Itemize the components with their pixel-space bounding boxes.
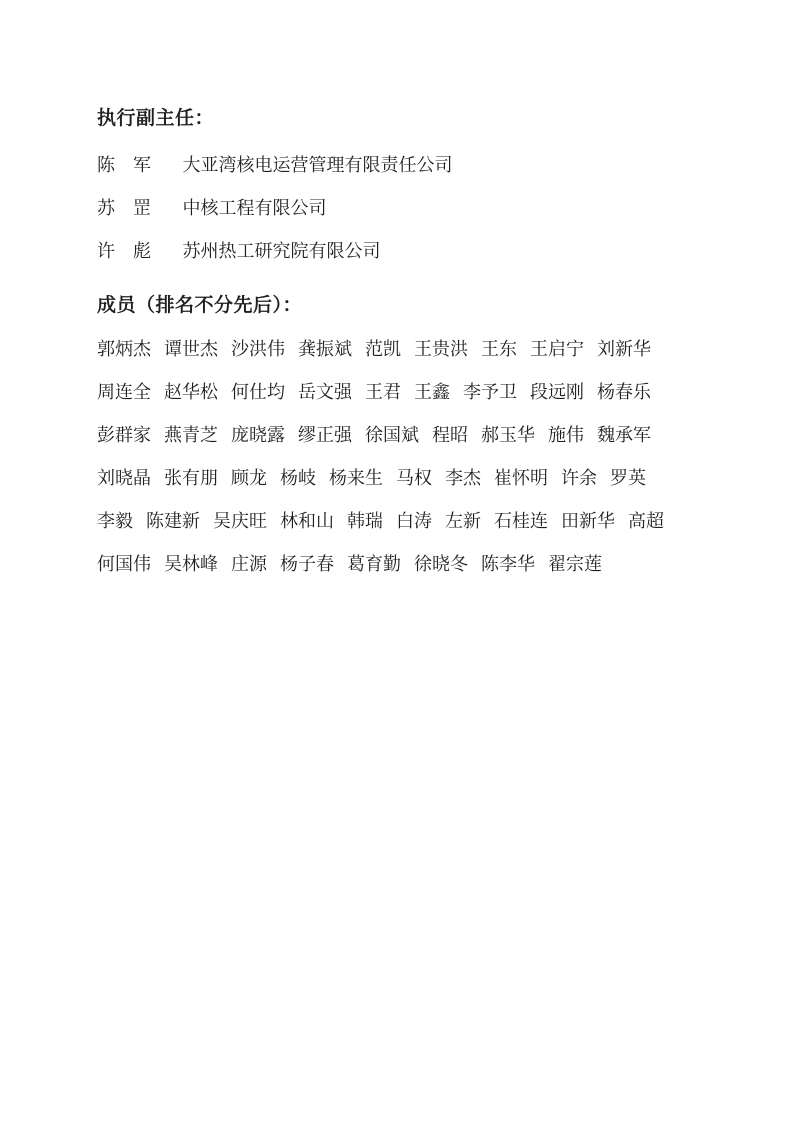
member-line: 何国伟吴林峰庄源杨子春葛育勤徐晓冬陈李华翟宗莲 xyxy=(97,554,720,574)
member-name: 王启宁 xyxy=(530,339,584,359)
member-name: 李杰 xyxy=(445,468,481,488)
member-name: 马权 xyxy=(396,468,432,488)
member-name: 韩瑞 xyxy=(347,511,383,531)
member-name: 燕青芝 xyxy=(164,425,218,445)
member-name: 许余 xyxy=(561,468,597,488)
member-name: 崔怀明 xyxy=(494,468,548,488)
member-name: 刘晓晶 xyxy=(97,468,151,488)
member-name: 杨子春 xyxy=(280,554,334,574)
member-name: 李予卫 xyxy=(463,382,517,402)
member-name: 庄源 xyxy=(231,554,267,574)
member-name: 石桂连 xyxy=(494,511,548,531)
member-name: 岳文强 xyxy=(298,382,352,402)
member-name: 魏承军 xyxy=(597,425,651,445)
member-name: 缪正强 xyxy=(298,425,352,445)
member-name: 彭群家 xyxy=(97,425,151,445)
member-name: 顾龙 xyxy=(231,468,267,488)
member-name: 王鑫 xyxy=(414,382,450,402)
member-name: 翟宗莲 xyxy=(548,554,602,574)
member-name: 王东 xyxy=(481,339,517,359)
member-name: 白涛 xyxy=(396,511,432,531)
deputy-directors-list: 陈 军 大亚湾核电运营管理有限责任公司 苏 罡 中核工程有限公司 许 彪 苏州热… xyxy=(97,155,720,261)
person-name: 陈 军 xyxy=(97,155,178,175)
company-name: 苏州热工研究院有限公司 xyxy=(183,241,381,261)
member-name: 王贵洪 xyxy=(414,339,468,359)
members-list: 郭炳杰谭世杰沙洪伟龚振斌范凯王贵洪王东王启宁刘新华 周连全赵华松何仕均岳文强王君… xyxy=(97,339,720,574)
member-name: 施伟 xyxy=(548,425,584,445)
member-name: 程昭 xyxy=(432,425,468,445)
member-line: 周连全赵华松何仕均岳文强王君王鑫李予卫段远刚杨春乐 xyxy=(97,382,720,402)
member-name: 杨来生 xyxy=(329,468,383,488)
members-heading: 成员（排名不分先后）： xyxy=(97,295,720,317)
member-line: 刘晓晶张有朋顾龙杨岐杨来生马权李杰崔怀明许余罗英 xyxy=(97,468,720,488)
member-name: 林和山 xyxy=(280,511,334,531)
member-name: 徐晓冬 xyxy=(414,554,468,574)
member-name: 吴庆旺 xyxy=(213,511,267,531)
member-name: 杨春乐 xyxy=(597,382,651,402)
members-section: 成员（排名不分先后）： 郭炳杰谭世杰沙洪伟龚振斌范凯王贵洪王东王启宁刘新华 周连… xyxy=(97,295,720,574)
member-name: 郭炳杰 xyxy=(97,339,151,359)
member-name: 田新华 xyxy=(561,511,615,531)
member-name: 陈建新 xyxy=(146,511,200,531)
member-name: 郝玉华 xyxy=(481,425,535,445)
company-name: 中核工程有限公司 xyxy=(183,198,327,218)
deputy-director-row: 陈 军 大亚湾核电运营管理有限责任公司 xyxy=(97,155,720,175)
member-name: 赵华松 xyxy=(164,382,218,402)
member-name: 杨岐 xyxy=(280,468,316,488)
member-name: 陈李华 xyxy=(481,554,535,574)
deputy-directors-section: 执行副主任： 陈 军 大亚湾核电运营管理有限责任公司 苏 罡 中核工程有限公司 … xyxy=(97,108,720,261)
member-name: 吴林峰 xyxy=(164,554,218,574)
member-name: 范凯 xyxy=(365,339,401,359)
member-name: 沙洪伟 xyxy=(231,339,285,359)
member-name: 段远刚 xyxy=(530,382,584,402)
member-name: 周连全 xyxy=(97,382,151,402)
deputy-director-row: 苏 罡 中核工程有限公司 xyxy=(97,198,720,218)
member-line: 李毅陈建新吴庆旺林和山韩瑞白涛左新石桂连田新华高超 xyxy=(97,511,720,531)
member-name: 王君 xyxy=(365,382,401,402)
member-name: 徐国斌 xyxy=(365,425,419,445)
document-page: 执行副主任： 陈 军 大亚湾核电运营管理有限责任公司 苏 罡 中核工程有限公司 … xyxy=(0,0,800,1131)
member-name: 葛育勤 xyxy=(347,554,401,574)
member-name: 张有朋 xyxy=(164,468,218,488)
member-name: 左新 xyxy=(445,511,481,531)
member-name: 刘新华 xyxy=(597,339,651,359)
deputy-director-row: 许 彪 苏州热工研究院有限公司 xyxy=(97,241,720,261)
person-name: 苏 罡 xyxy=(97,198,178,218)
member-name: 高超 xyxy=(628,511,664,531)
member-name: 李毅 xyxy=(97,511,133,531)
deputy-directors-heading: 执行副主任： xyxy=(97,108,720,130)
member-line: 彭群家燕青芝庞晓露缪正强徐国斌程昭郝玉华施伟魏承军 xyxy=(97,425,720,445)
member-name: 罗英 xyxy=(610,468,646,488)
member-name: 谭世杰 xyxy=(164,339,218,359)
member-name: 庞晓露 xyxy=(231,425,285,445)
member-name: 龚振斌 xyxy=(298,339,352,359)
person-name: 许 彪 xyxy=(97,241,178,261)
member-name: 何仕均 xyxy=(231,382,285,402)
company-name: 大亚湾核电运营管理有限责任公司 xyxy=(183,155,453,175)
member-name: 何国伟 xyxy=(97,554,151,574)
member-line: 郭炳杰谭世杰沙洪伟龚振斌范凯王贵洪王东王启宁刘新华 xyxy=(97,339,720,359)
